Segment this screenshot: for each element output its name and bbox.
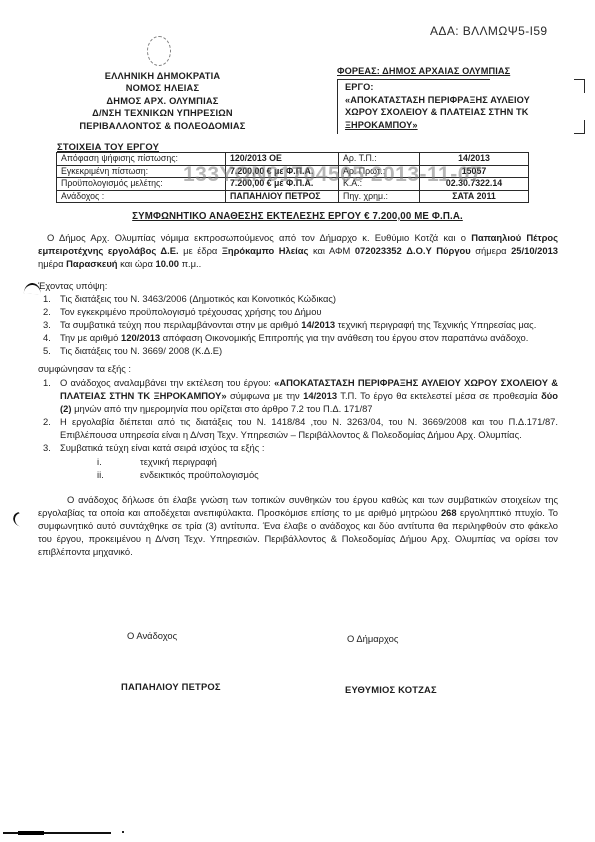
document-body: Ο Δήμος Αρχ. Ολυμπίας νόμιμα εκπροσωπούμ… [38,231,558,558]
having-regard-list: 1. Τις διατάξεις του Ν. 3463/2006 (Δημοτ… [38,292,558,357]
list-item: 5. Τις διατάξεις του Ν. 3669/ 2008 (Κ.Δ.… [38,344,558,357]
sub-item-number: ii. [97,468,140,481]
document-page: ΑΔΑ: ΒΛΛΜΩΨ5-Ι59 ΕΛΛΗΝΙΚΗ ΔΗΜΟΚΡΑΤΙΑ ΝΟΜ… [0,0,595,842]
sub-list-item: i. τεχνική περιγραφή [97,455,558,468]
authority-line: ΕΛΛΗΝΙΚΗ ΔΗΜΟΚΡΑΤΙΑ [55,70,270,82]
scan-artifact-arc-icon [11,509,34,529]
list-item-number: 3. [38,441,60,454]
project-title-line: «ΑΠΟΚΑΤΑΣΤΑΣΗ ΠΕΡΙΦΡΑΞΗΣ ΑΥΛΕΙΟΥ [345,94,573,107]
project-title-line: ΞΗΡΟΚΑΜΠΟΥ» [345,119,573,132]
list-item-text: Η εργολαβία διέπεται από τις διατάξεις τ… [60,415,558,441]
table-row: Ανάδοχος : ΠΑΠΑΗΛΙΟΥ ΠΕΤΡΟΣ Πηγ. χρημ.: … [57,190,529,203]
list-item: 1. Ο ανάδοχος αναλαμβάνει την εκτέλεση τ… [38,376,558,415]
bracket-corner-icon [574,120,585,134]
authority-line: Δ/ΝΣΗ ΤΕΧΝΙΚΩΝ ΥΠΗΡΕΣΙΩΝ [55,107,270,119]
mayor-signature-role: Ο Δήμαρχος [347,633,398,644]
list-item-text: Τις διατάξεις του Ν. 3669/ 2008 (Κ.Δ.Ε) [60,344,558,357]
intro-paragraph: Ο Δήμος Αρχ. Ολυμπίας νόμιμα εκπροσωπούμ… [38,231,558,270]
row-value: ΠΑΠΑΗΛΙΟΥ ΠΕΤΡΟΣ [226,190,339,203]
agreement-list: 1. Ο ανάδοχος αναλαμβάνει την εκτέλεση τ… [38,376,558,481]
agency-line: ΦΟΡΕΑΣ: ΔΗΜΟΣ ΑΡΧΑΙΑΣ ΟΛΥΜΠΙΑΣ [337,66,583,76]
list-item: 2. Τον εγκεκριμένο προϋπολογισμό τρέχουσ… [38,305,558,318]
row-value: ΣΑΤΑ 2011 [420,190,529,203]
issuing-authority-block: ΕΛΛΗΝΙΚΗ ΔΗΜΟΚΡΑΤΙΑ ΝΟΜΟΣ ΗΛΕΙΑΣ ΔΗΜΟΣ Α… [55,70,270,132]
contractor-signature-name: ΠΑΠΑΗΛΙΟΥ ΠΕΤΡΟΣ [121,681,221,692]
authority-line: ΔΗΜΟΣ ΑΡΧ. ΟΛΥΜΠΙΑΣ [55,95,270,107]
authority-line: ΝΟΜΟΣ ΗΛΕΙΑΣ [55,82,270,94]
national-emblem-icon [147,36,171,66]
sub-item-text: ενδεικτικός προϋπολογισμός [140,468,558,481]
project-title-line: ΧΩΡΟΥ ΣΧΟΛΕΙΟΥ & ΠΛΑΤΕΙΑΣ ΣΤΗΝ ΤΚ [345,106,573,119]
project-label: ΕΡΓΟ: [345,81,573,94]
contract-documents-sublist: i. τεχνική περιγραφή ii. ενδεικτικός προ… [97,455,558,481]
list-item-number: 4. [38,331,60,344]
sub-item-number: i. [97,455,140,468]
list-item: 1. Τις διατάξεις του Ν. 3463/2006 (Δημοτ… [38,292,558,305]
document-title: ΣΥΜΦΩΝΗΤΙΚΟ ΑΝΑΘΕΣΗΣ ΕΚΤΕΛΕΣΗΣ ΕΡΓΟΥ € 7… [0,211,595,222]
scan-artifact-dot [122,831,124,833]
list-item-text: Τις διατάξεις του Ν. 3463/2006 (Δημοτικό… [60,292,558,305]
list-item-text: Τον εγκεκριμένο προϋπολογισμό τρέχουσας … [60,305,558,318]
list-item-number: 1. [38,292,60,305]
row-label: Ανάδοχος : [57,190,226,203]
row-label: Πηγ. χρημ.: [339,190,420,203]
scan-artifact-line [18,831,44,835]
project-title-box: ΕΡΓΟ: «ΑΠΟΚΑΤΑΣΤΑΣΗ ΠΕΡΙΦΡΑΞΗΣ ΑΥΛΕΙΟΥ Χ… [337,79,583,134]
agreement-lead: συμφώνησαν τα εξής : [38,362,558,375]
having-regard-lead: Έχοντας υπόψη: [38,279,558,292]
list-item-number: 2. [38,305,60,318]
sub-list-item: ii. ενδεικτικός προϋπολογισμός [97,468,558,481]
contractor-signature-role: Ο Ανάδοχος [127,630,177,641]
sub-item-text: τεχνική περιγραφή [140,455,558,468]
list-item-text: Συμβατικά τεύχη είναι κατά σειρά ισχύος … [60,441,558,454]
list-item: 3. Τα συμβατικά τεύχη που περιλαμβάνοντα… [38,318,558,331]
authority-line: ΠΕΡΙΒΑΛΛΟΝΤΟΣ & ΠΟΛΕΟΔΟΜΙΑΣ [55,120,270,132]
list-item-number: 2. [38,415,60,441]
list-item-number: 5. [38,344,60,357]
project-data-heading: ΣΤΟΙΧΕΙΑ ΤΟΥ ΕΡΓΟΥ [57,141,159,152]
bracket-corner-icon [574,79,585,93]
project-header-block: ΦΟΡΕΑΣ: ΔΗΜΟΣ ΑΡΧΑΙΑΣ ΟΛΥΜΠΙΑΣ ΕΡΓΟ: «ΑΠ… [337,66,583,134]
list-item-text: Την με αριθμό 120/2013 απόφαση Οικονομικ… [60,331,558,344]
list-item-number: 3. [38,318,60,331]
diavgeia-watermark: 133YΩN01704505 2013-11-07 [183,163,482,187]
list-item-text: Ο ανάδοχος αναλαμβάνει την εκτέλεση του … [60,376,558,415]
list-item-number: 1. [38,376,60,415]
closing-paragraph: Ο ανάδοχος δήλωσε ότι έλαβε γνώση των το… [38,493,558,558]
mayor-signature-name: ΕΥΘΥΜΙΟΣ ΚΟΤΖΑΣ [345,684,437,695]
ada-code: ΑΔΑ: ΒΛΛΜΩΨ5-Ι59 [430,24,580,38]
list-item: 3. Συμβατικά τεύχη είναι κατά σειρά ισχύ… [38,441,558,454]
list-item: 4. Την με αριθμό 120/2013 απόφαση Οικονο… [38,331,558,344]
list-item-text: Τα συμβατικά τεύχη που περιλαμβάνονται σ… [60,318,558,331]
list-item: 2. Η εργολαβία διέπεται από τις διατάξει… [38,415,558,441]
